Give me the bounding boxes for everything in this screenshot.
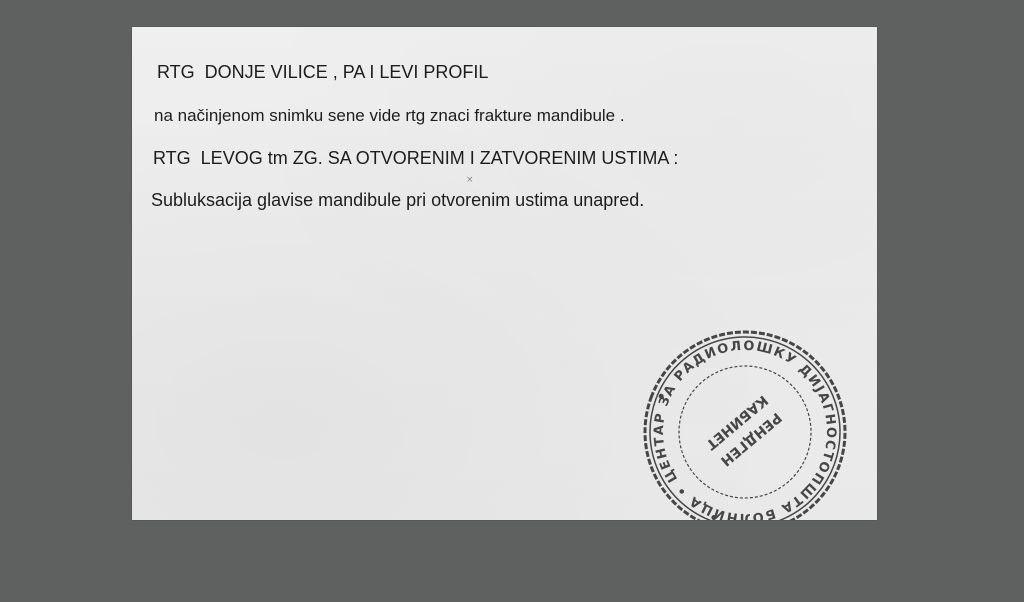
paper-speck: × <box>466 175 474 185</box>
image-viewer: RTG DONJE VILICE , PA I LEVI PROFIL na n… <box>0 0 1024 602</box>
scanned-document: RTG DONJE VILICE , PA I LEVI PROFIL na n… <box>132 27 877 520</box>
heading-jaw-xray: RTG DONJE VILICE , PA I LEVI PROFIL <box>157 62 488 83</box>
finding-fracture: na načinjenom snimku sene vide rtg znaci… <box>154 106 625 126</box>
seal-icon: ОПШТА БОЛНИЦА • ЦЕНТАР ЗА РАДИОЛОШКУ ДИЈ… <box>640 327 850 520</box>
heading-tmj-xray: RTG LEVOG tm ZG. SA OTVORENIM I ZATVOREN… <box>153 148 678 169</box>
finding-subluxation: Subluksacija glavise mandibule pri otvor… <box>151 190 644 211</box>
official-stamp: ОПШТА БОЛНИЦА • ЦЕНТАР ЗА РАДИОЛОШКУ ДИЈ… <box>640 327 850 520</box>
